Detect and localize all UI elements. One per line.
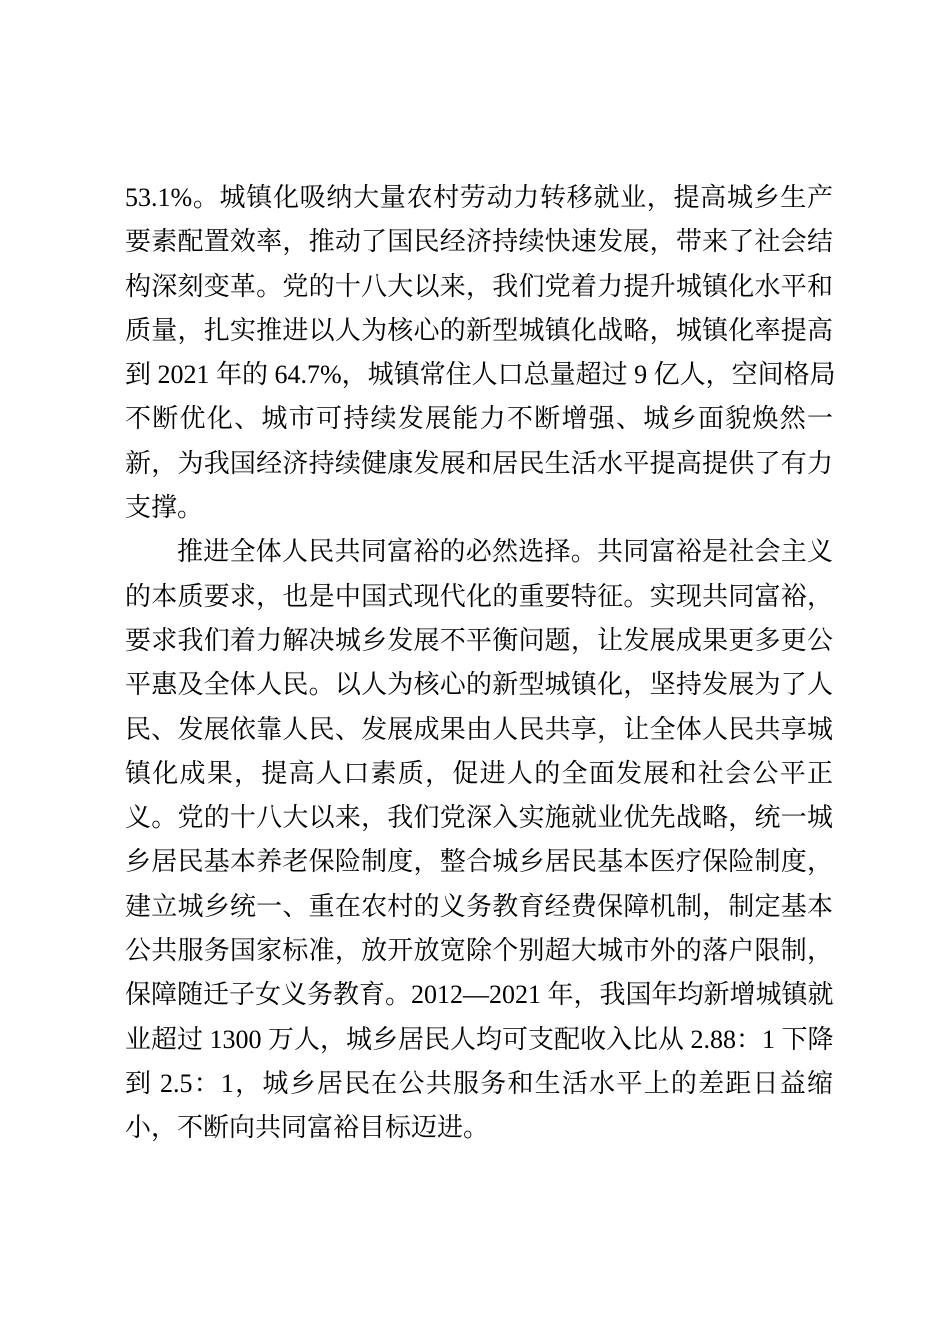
document-page: 53.1%。城镇化吸纳大量农村劳动力转移就业，提高城乡生产 要素配置效率，推动了…	[0, 0, 950, 1151]
text-line: 的本质要求，也是中国式现代化的重要特征。实现共同富裕，	[125, 575, 833, 619]
text-line: 到 2.5：1，城乡居民在公共服务和生活水平上的差距日益缩	[125, 1062, 833, 1106]
text-line: 不断优化、城市可持续发展能力不断增强、城乡面貌焕然一	[125, 397, 833, 441]
text-line: 推进全体人民共同富裕的必然选择。共同富裕是社会主义	[125, 530, 833, 574]
paragraph-urbanization-achievements: 53.1%。城镇化吸纳大量农村劳动力转移就业，提高城乡生产 要素配置效率，推动了…	[125, 176, 833, 530]
paragraph-common-prosperity: 推进全体人民共同富裕的必然选择。共同富裕是社会主义 的本质要求，也是中国式现代化…	[125, 530, 833, 1150]
text-line: 保障随迁子女义务教育。2012—2021 年，我国年均新增城镇就	[125, 973, 833, 1017]
text-line: 支撑。	[125, 486, 833, 530]
text-line: 镇化成果，提高人口素质，促进人的全面发展和社会公平正	[125, 752, 833, 796]
text-line: 业超过 1300 万人，城乡居民人均可支配收入比从 2.88：1 下降	[125, 1018, 833, 1062]
text-line: 乡居民基本养老保险制度，整合城乡居民基本医疗保险制度，	[125, 840, 833, 884]
text-line: 小，不断向共同富裕目标迈进。	[125, 1106, 833, 1150]
text-line: 质量，扎实推进以人为核心的新型城镇化战略，城镇化率提高	[125, 309, 833, 353]
text-line: 要素配置效率，推动了国民经济持续快速发展，带来了社会结	[125, 220, 833, 264]
text-line: 到 2021 年的 64.7%，城镇常住人口总量超过 9 亿人，空间格局	[125, 353, 833, 397]
text-line: 民、发展依靠人民、发展成果由人民共享，让全体人民共享城	[125, 708, 833, 752]
text-line: 义。党的十八大以来，我们党深入实施就业优先战略，统一城	[125, 796, 833, 840]
text-line: 要求我们着力解决城乡发展不平衡问题，让发展成果更多更公	[125, 619, 833, 663]
text-line: 构深刻变革。党的十八大以来，我们党着力提升城镇化水平和	[125, 265, 833, 309]
text-line: 公共服务国家标准，放开放宽除个别超大城市外的落户限制，	[125, 929, 833, 973]
text-line: 53.1%。城镇化吸纳大量农村劳动力转移就业，提高城乡生产	[125, 176, 833, 220]
text-line: 平惠及全体人民。以人为核心的新型城镇化，坚持发展为了人	[125, 663, 833, 707]
text-line: 建立城乡统一、重在农村的义务教育经费保障机制，制定基本	[125, 885, 833, 929]
text-line: 新，为我国经济持续健康发展和居民生活水平提高提供了有力	[125, 442, 833, 486]
